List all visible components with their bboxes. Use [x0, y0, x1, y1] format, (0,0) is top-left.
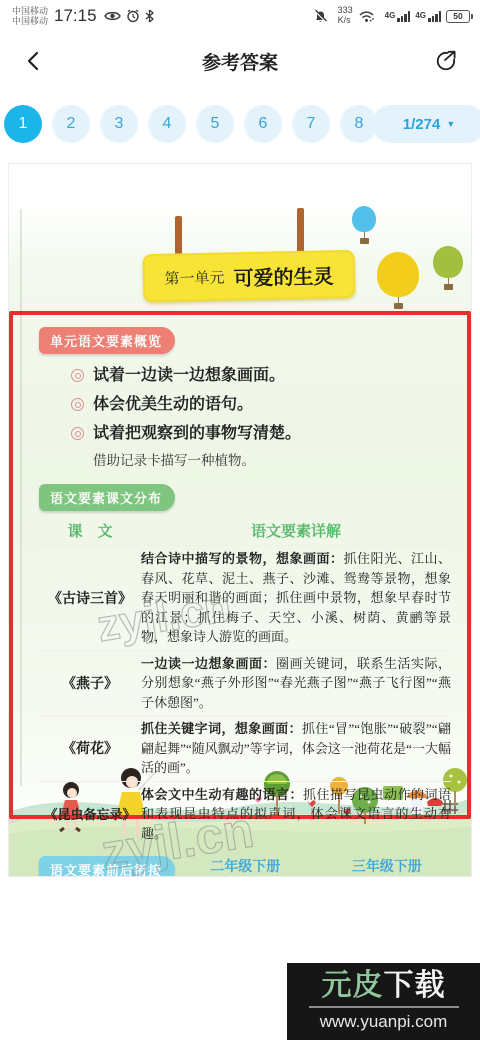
- banner-post-left: [175, 216, 182, 258]
- lesson-title: 《荷花》: [39, 719, 141, 778]
- carrier-labels: 中国移动 中国移动: [12, 6, 48, 27]
- signal-bars-sim1: 4G: [385, 11, 411, 22]
- column-header-lesson: 课 文: [39, 520, 141, 541]
- page-button-5[interactable]: 5: [196, 105, 234, 143]
- page-button-3[interactable]: 3: [100, 105, 138, 143]
- lesson-table: 课 文 语文要素详解 《古诗三首》 结合诗中描写的景物，想象画面：抓住阳光、江山…: [39, 516, 451, 846]
- balloon-green-icon: [433, 246, 463, 290]
- page-indicator: 1/274: [403, 116, 441, 133]
- bullseye-icon: [71, 398, 84, 411]
- notification-muted-icon: [313, 9, 328, 24]
- alarm-clock-icon: [126, 9, 140, 23]
- balloon-blue-icon: [352, 206, 376, 244]
- logo-divider: [309, 1006, 459, 1008]
- page-selector-dropdown[interactable]: 1/274 ▼: [372, 105, 480, 143]
- bullseye-icon: [71, 369, 84, 382]
- page-button-4[interactable]: 4: [148, 105, 186, 143]
- yuanpi-download-logo: 元皮下载 www.yuanpi.com: [287, 963, 480, 1040]
- signal-bars-sim2: 4G: [415, 11, 441, 22]
- chevron-down-icon: ▼: [446, 119, 455, 129]
- page-button-7[interactable]: 7: [292, 105, 330, 143]
- page-button-1[interactable]: 1: [4, 105, 42, 143]
- eye-protection-icon: [104, 10, 121, 22]
- network-speed: 333 K/s: [338, 6, 353, 26]
- overview-bullet-item: 试着把观察到的事物写清楚。: [71, 419, 451, 448]
- app-header: 参考答案: [0, 30, 480, 92]
- table-row: 《荷花》 抓住关键字词，想象画面：抓住“冒”“饱胀”“破裂”“翩翩起舞”“随风飘…: [39, 715, 451, 781]
- bridge-grade3-column: 三年级下册 试着一边读一边想象画面。: [323, 856, 452, 877]
- status-bar: 中国移动 中国移动 17:15 333 K/s 4G 4G: [0, 0, 480, 30]
- section-label-distribution: 语文要素课文分布: [39, 484, 175, 511]
- column-header-detail: 语文要素详解: [141, 520, 451, 541]
- bluetooth-icon: [145, 9, 154, 23]
- page-button-6[interactable]: 6: [244, 105, 282, 143]
- overview-bullet-item: 试着一边读一边想象画面。: [71, 361, 451, 390]
- lesson-detail: 抓住关键字词，想象画面：抓住“冒”“饱胀”“破裂”“翩翩起舞”“随风飘动”等字词…: [141, 719, 451, 778]
- status-time: 17:15: [54, 6, 97, 26]
- answer-page-image[interactable]: 第一单元 可爱的生灵 单元语文要素概览 试着一边读一边想象画面。 体会优美生动的…: [8, 163, 472, 877]
- highlighted-answer-region: 单元语文要素概览 试着一边读一边想象画面。 体会优美生动的语句。 试着把观察到的…: [9, 311, 471, 819]
- lesson-table-header: 课 文 语文要素详解: [39, 516, 451, 545]
- lesson-title: 《燕子》: [39, 654, 141, 713]
- logo-url: www.yuanpi.com: [320, 1012, 448, 1032]
- page-title: 参考答案: [0, 48, 480, 75]
- battery-indicator: 50: [446, 10, 470, 23]
- overview-bullet-item: 体会优美生动的语句。: [71, 390, 451, 419]
- page-button-2[interactable]: 2: [52, 105, 90, 143]
- pagination-bar: 1 2 3 4 5 6 7 8 1/274 ▼: [0, 92, 480, 156]
- unit-number: 第一单元: [164, 266, 224, 288]
- balloon-yellow-icon: [377, 252, 419, 309]
- share-button[interactable]: [430, 45, 462, 77]
- section-label-overview: 单元语文要素概览: [39, 327, 175, 354]
- unit-banner: 第一单元 可爱的生灵: [143, 250, 356, 302]
- overview-bullet-list: 试着一边读一边想象画面。 体会优美生动的语句。 试着把观察到的事物写清楚。: [71, 361, 451, 448]
- table-row: 《燕子》 一边读一边想象画面：圈画关键词，联系生活实际，分别想象“燕子外形图”“…: [39, 650, 451, 716]
- wifi-icon: [358, 10, 375, 23]
- lesson-detail: 一边读一边想象画面：圈画关键词，联系生活实际，分别想象“燕子外形图”“春光燕子图…: [141, 654, 451, 713]
- overview-note: 借助记录卡描写一种植物。: [93, 450, 451, 472]
- logo-title: 元皮下载: [322, 971, 446, 1001]
- unit-title: 可爱的生灵: [233, 260, 334, 291]
- bullseye-icon: [71, 427, 84, 440]
- back-button[interactable]: [18, 45, 50, 77]
